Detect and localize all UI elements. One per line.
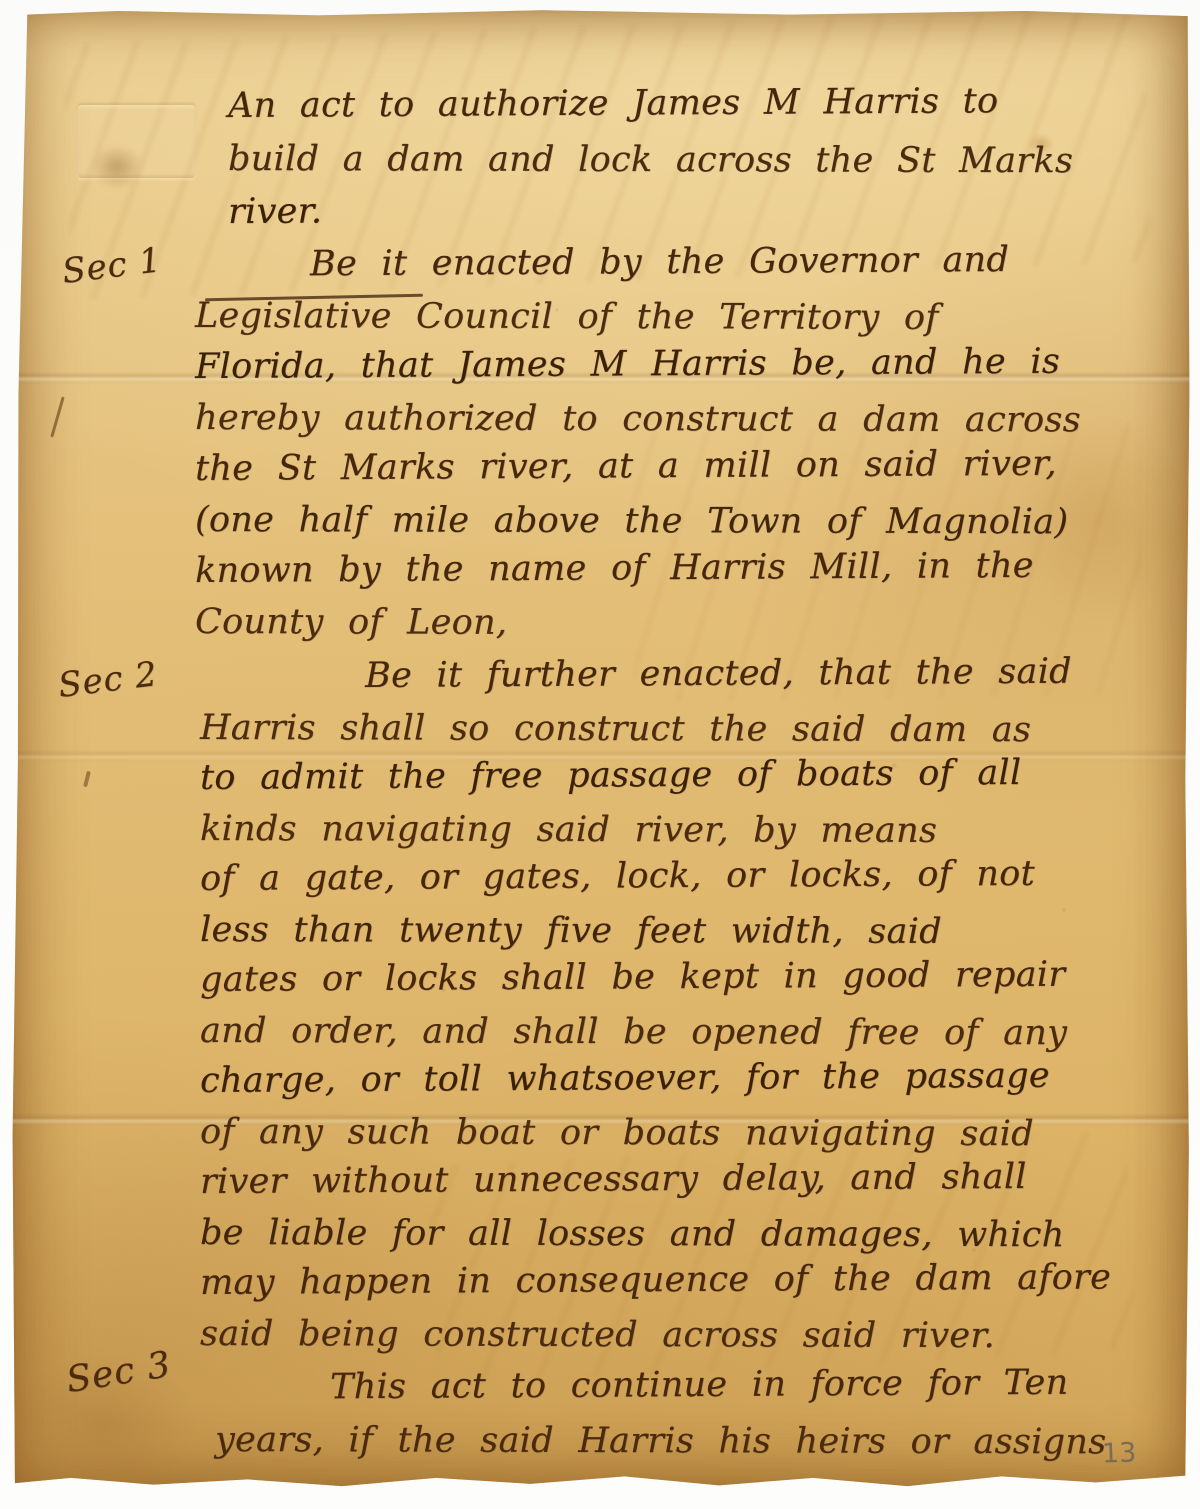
manuscript-line: hereby authorized to construct a dam acr… <box>195 393 1081 446</box>
manuscript-line: known by the name of Harris Mill, in the <box>195 541 1081 597</box>
embossed-stamp <box>78 105 195 178</box>
ink-stain <box>82 138 152 196</box>
section-3-body: This act to continue in force for Ten ye… <box>215 1362 1106 1466</box>
scan-background: An act to authorize James M Harris to bu… <box>0 0 1200 1509</box>
section-2-body: Be it further enacted, that the said Har… <box>200 652 1111 1359</box>
stray-ink-mark <box>83 771 91 787</box>
manuscript-line: Florida, that James M Harris be, and he … <box>195 337 1081 393</box>
manuscript-page: An act to authorize James M Harris to bu… <box>12 8 1190 1492</box>
section-marker: Sec 2 <box>56 654 160 706</box>
document-title: An act to authorize James M Harris to bu… <box>228 80 1073 239</box>
manuscript-line: gates or locks shall be kept in good rep… <box>200 949 1111 1005</box>
manuscript-line: charge, or toll whatsoever, for the pass… <box>200 1050 1111 1106</box>
section-1-body: Be it enacted by the Governor and Legisl… <box>195 240 1081 648</box>
manuscript-line: to admit the free passage of boats of al… <box>200 747 1111 803</box>
stray-ink-mark <box>50 396 64 437</box>
section-marker: Sec 1 <box>60 240 164 292</box>
manuscript-line: Be it enacted by the Governor and <box>195 235 1081 291</box>
title-line: river. <box>228 181 1073 239</box>
manuscript-line: river without unnecessary delay, and sha… <box>200 1151 1111 1207</box>
manuscript-line: years, if the said Harris his heirs or a… <box>215 1414 1107 1468</box>
section-marker: Sec 3 <box>63 1344 174 1401</box>
manuscript-line: This act to continue in force for Ten <box>215 1357 1107 1414</box>
title-line: build a dam and lock across the St Marks <box>228 133 1073 188</box>
manuscript-line: County of Leon, <box>195 597 1081 650</box>
manuscript-line: (one half mile above the Town of Magnoli… <box>195 495 1081 548</box>
manuscript-line: Be it further enacted, that the said <box>200 646 1111 702</box>
manuscript-line: may happen in consequence of the dam afo… <box>200 1252 1111 1308</box>
manuscript-line: Legislative Council of the Territory of <box>195 291 1081 344</box>
manuscript-line: the St Marks river, at a mill on said ri… <box>195 439 1081 495</box>
page-number: 13 <box>1101 1437 1136 1469</box>
title-line: An act to authorize James M Harris to <box>228 75 1073 133</box>
manuscript-line: said being constructed across said river… <box>200 1309 1111 1362</box>
manuscript-line: of a gate, or gates, lock, or locks, of … <box>200 848 1111 904</box>
